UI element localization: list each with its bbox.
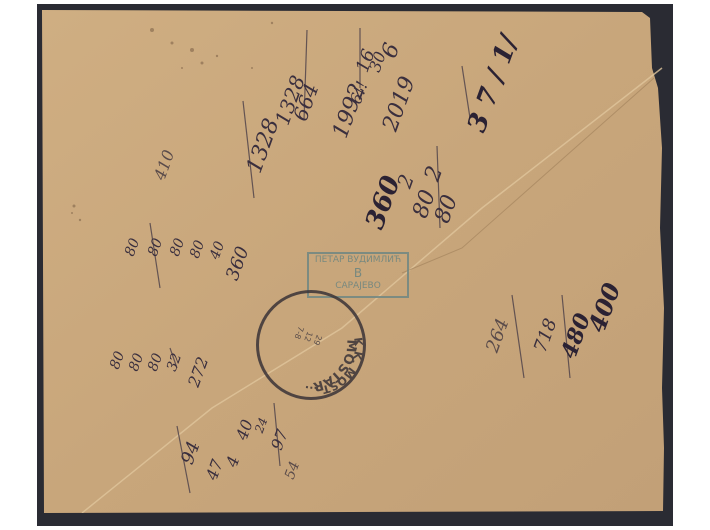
handstamp-monogram: B — [309, 267, 407, 280]
postmark-ring: K.K. MOST ... — [290, 334, 369, 403]
handstamp-name: ПЕТАР ВУДИМЛИЋ — [315, 255, 401, 265]
svg-text:K.K. MOST ...: K.K. MOST ... — [290, 334, 369, 403]
mostar-postmark: MOSTAR K.K. MOST ... 29 12 7-8 — [256, 290, 366, 400]
handstamp-city: САРАЈЕВО — [335, 281, 381, 291]
